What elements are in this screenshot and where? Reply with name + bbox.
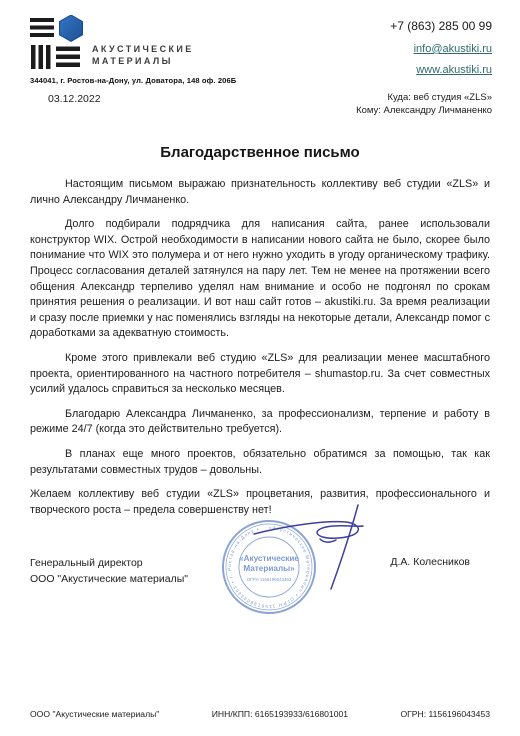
header: АКУСТИЧЕСКИЕ МАТЕРИАЛЫ 344041, г. Ростов… [0, 0, 520, 85]
footer-inn-kpp: ИНН/КПП: 6165193933/616801001 [212, 709, 348, 719]
brand-logo-row: АКУСТИЧЕСКИЕ МАТЕРИАЛЫ [30, 15, 236, 70]
signer-position-line2: ООО "Акустические материалы" [30, 572, 188, 588]
paragraph-1: Настоящим письмом выражаю признательност… [30, 177, 490, 208]
meta-row: 03.12.2022 Куда: веб студия «ZLS» Кому: … [0, 85, 520, 117]
paragraph-5: В планах еще много проектов, обязательно… [30, 447, 490, 478]
email-link[interactable]: info@akustiki.ru [390, 43, 492, 55]
footer-company: ООО "Акустические материалы" [30, 709, 159, 719]
paragraph-4: Благодарю Александра Личманенко, за проф… [30, 407, 490, 438]
letter-date: 03.12.2022 [48, 91, 101, 105]
company-logo-icon [30, 15, 86, 70]
wordmark-line2: МАТЕРИАЛЫ [92, 56, 194, 68]
addressee-org: Куда: веб студия «ZLS» [356, 91, 492, 104]
signer-position: Генеральный директор ООО "Акустические м… [30, 556, 188, 587]
letter-body: Настоящим письмом выражаю признательност… [0, 177, 520, 518]
addressee-person: Кому: Александру Личманенко [356, 104, 492, 117]
company-wordmark: АКУСТИЧЕСКИЕ МАТЕРИАЛЫ [92, 44, 194, 67]
contacts-block: +7 (863) 285 00 99 info@akustiki.ru www.… [390, 15, 492, 85]
footer: ООО "Акустические материалы" ИНН/КПП: 61… [30, 709, 490, 719]
company-address: 344041, г. Ростов-на-Дону, ул. Доватора,… [30, 76, 236, 85]
letter-page: АКУСТИЧЕСКИЕ МАТЕРИАЛЫ 344041, г. Ростов… [0, 0, 520, 736]
letter-title: Благодарственное письмо [0, 144, 520, 161]
signer-position-line1: Генеральный директор [30, 556, 188, 572]
paragraph-2: Долго подбирали подрядчика для написания… [30, 217, 490, 342]
paragraph-3: Кроме этого привлекали веб студию «ZLS» … [30, 351, 490, 398]
handwritten-signature [250, 499, 376, 597]
footer-ogrn: ОГРН: 1156196043453 [400, 709, 490, 719]
brand-block: АКУСТИЧЕСКИЕ МАТЕРИАЛЫ 344041, г. Ростов… [30, 15, 236, 85]
website-link[interactable]: www.akustiki.ru [390, 64, 492, 76]
hexagon-icon [60, 15, 83, 41]
addressee-block: Куда: веб студия «ZLS» Кому: Александру … [356, 91, 492, 117]
phone-number: +7 (863) 285 00 99 [390, 19, 492, 33]
signer-name: Д.А. Колесников [390, 556, 470, 587]
wordmark-line1: АКУСТИЧЕСКИЕ [92, 44, 194, 56]
